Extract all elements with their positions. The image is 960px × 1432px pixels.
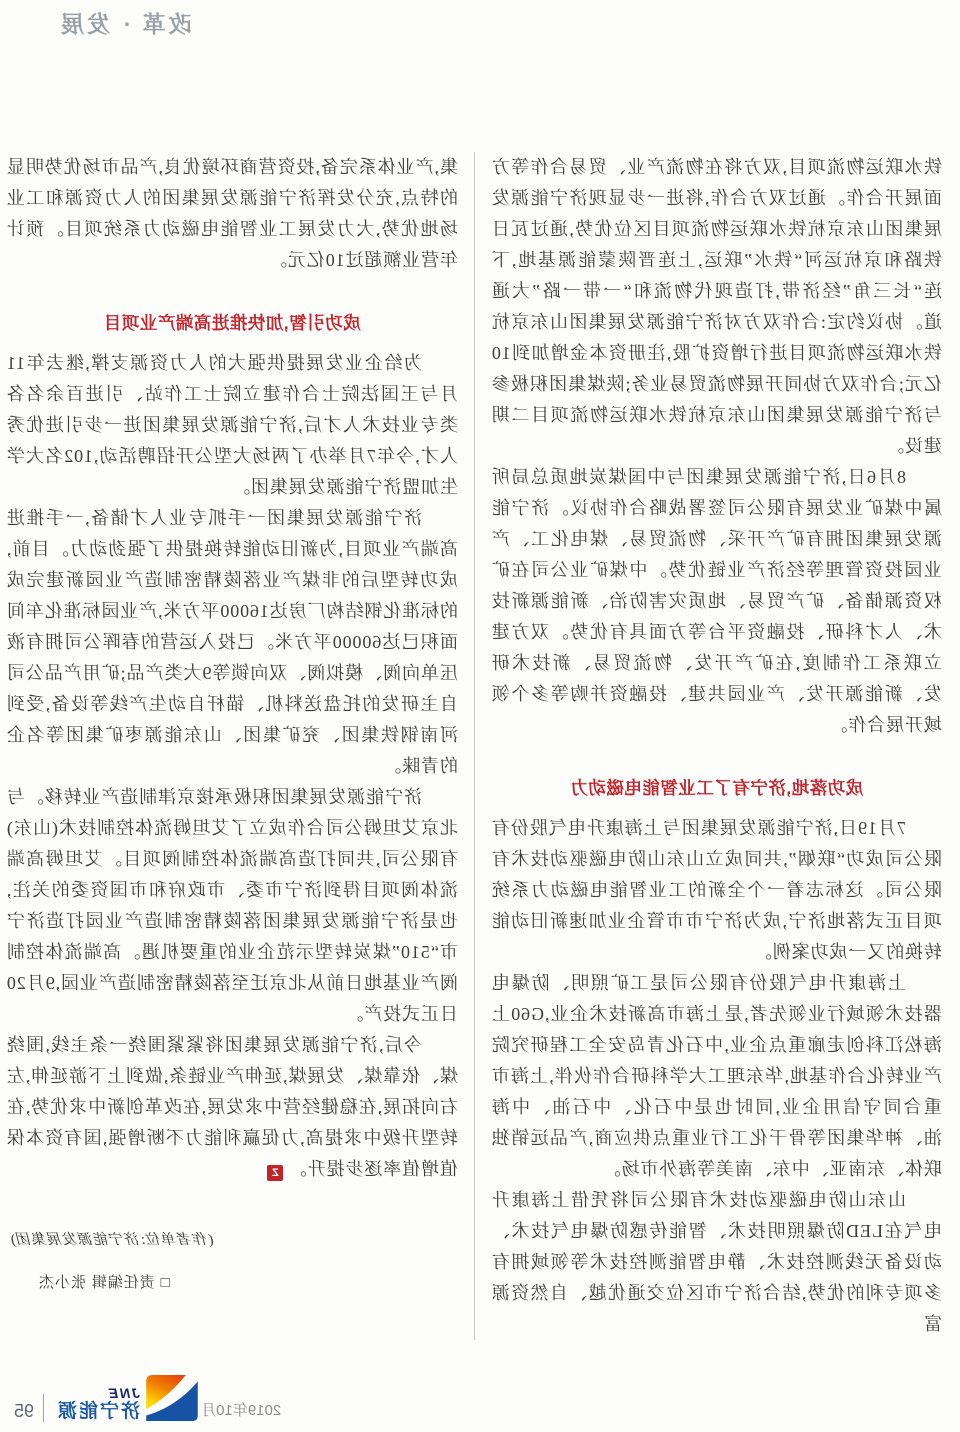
article-body: 铁水联运物流项目,双方将在物流产业、贸易合作等方面展开合作。通过双方合作,将进一…: [6, 152, 942, 1340]
paragraph: 上海康升电气股份有限公司是工矿照明、防爆电器技术领域行业领先者,是上海市高新技术…: [491, 968, 942, 1185]
column-right: 集,产业体系完备,投资营商环境优良,产品市场优势明显的特点,充分发挥济宁能源发展…: [6, 152, 474, 1340]
footer-logo-name: 济宁能源: [56, 1400, 140, 1424]
author-attribution: (作者单位:济宁能源发展集团): [6, 1225, 458, 1256]
paragraph-text: 今后,济宁能源发展集团将紧紧围绕一条主线,围绕煤、依靠煤、发展煤,延伸产业链条,…: [6, 1035, 458, 1179]
mirrored-page-canvas: 改革 · 发展 铁水联运物流项目,双方将在物流产业、贸易合作等方面展开合作。通过…: [0, 0, 960, 1432]
page-number: 95: [14, 1402, 34, 1420]
section-heading: 成功落地,济宁有了工业智能电磁动力: [491, 773, 942, 803]
page-header-label: 改革 · 发展: [58, 11, 191, 37]
paragraph: 山东山防电磁驱动技术有限公司将凭借上海康升电气在LED防爆照明技术、智能传感防爆…: [491, 1185, 942, 1340]
article-end-icon: Z: [267, 1165, 283, 1181]
column-left: 铁水联运物流项目,双方将在物流产业、贸易合作等方面展开合作。通过双方合作,将进一…: [474, 152, 942, 1340]
section-heading: 成功引智,加快推进高端产业项目: [6, 308, 458, 338]
page-header: 改革 · 发展: [58, 6, 191, 39]
editor-credit: □ 责任编辑 张小杰: [6, 1268, 458, 1299]
paragraph: 济宁能源发展集团一手抓专业人才储备,一手推进高端产业项目,为新旧动能转换提供了强…: [6, 503, 458, 782]
paragraph: 集,产业体系完备,投资营商环境优良,产品市场优势明显的特点,充分发挥济宁能源发展…: [6, 152, 458, 276]
jne-logo-icon: [146, 1375, 198, 1426]
footer-divider: [43, 1394, 44, 1422]
paragraph: 今后,济宁能源发展集团将紧紧围绕一条主线,围绕煤、依靠煤、发展煤,延伸产业链条,…: [6, 1030, 458, 1185]
paragraph: 7月19日,济宁能源发展集团与上海康升电气股份有限公司成功“联姻”,共同成立山东…: [491, 813, 942, 968]
paragraph: 8月6日,济宁能源发展集团与中国煤炭地质总局所属中煤矿业发展有限公司签署战略合作…: [491, 462, 942, 741]
paragraph: 为给企业发展提供强大的人力资源支撑,继去年11月与王国法院士合作建立院士工作站、…: [6, 348, 458, 503]
footer-logo-text: JNE 济宁能源: [56, 1386, 140, 1424]
page-footer: 2019年10月 · JNE 济宁能源 95: [14, 1370, 281, 1426]
issue-date: 2019年10月 ·: [192, 1399, 281, 1420]
footer-logo-acronym: JNE: [107, 1386, 140, 1400]
paragraph: 济宁能源发展集团积极承接京津制造产业转移。与北京艾坦姆公司合作成立了艾坦姆流体控…: [6, 782, 458, 1030]
paragraph: 铁水联运物流项目,双方将在物流产业、贸易合作等方面展开合作。通过双方合作,将进一…: [491, 152, 942, 462]
